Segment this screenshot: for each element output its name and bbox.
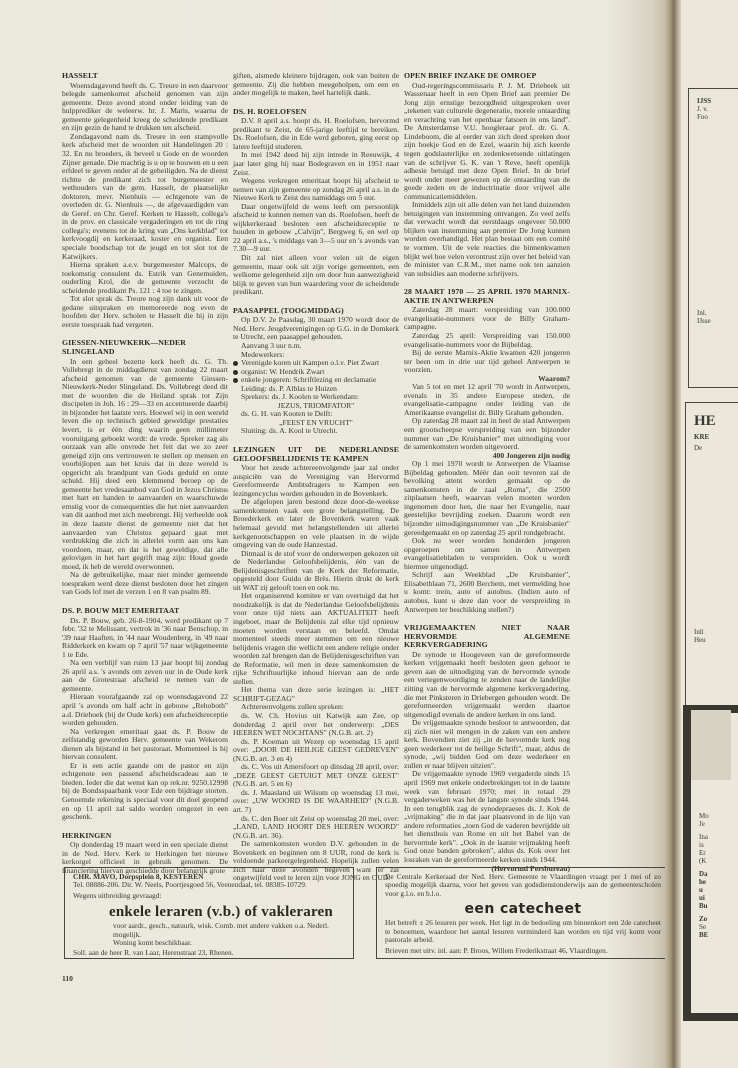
article-paragraph: Zondagavond nam ds. Treure in een stampv… (62, 133, 228, 261)
page-number: 110 (62, 974, 73, 983)
article-paragraph: Op 1 mei 1970 wordt te Antwerpen de Vlaa… (404, 460, 570, 537)
adjacent-ad-line: Er (699, 849, 709, 857)
article-paragraph: Op D.V. 2e Paasdag, 30 maart 1970 wordt … (233, 316, 399, 342)
article-paragraph: Van 5 tot en met 12 april '70 wordt in A… (404, 383, 570, 417)
article-paragraph: Zaterdag 28 maart: verspreiding van 100.… (404, 306, 570, 332)
article-heading: GIESSEN-NIEUWKERK—NEDER SLINGELAND (62, 339, 228, 356)
article-paragraph: Zaterdag 25 april: Verspreiding van 150.… (404, 332, 570, 349)
article-paragraph: Hierna spraken a.e.v. burgemeester Malco… (62, 261, 228, 295)
magazine-page: HASSELTWoensdagavond heeft ds. C. Treure… (0, 0, 672, 1068)
article-paragraph: ds. C. Vos uit Amersfoort op dinsdag 28 … (233, 763, 399, 789)
article-paragraph: Tot slot sprak ds. Treure nog zijn dank … (62, 295, 228, 329)
bullet-icon (233, 361, 238, 366)
adjacent-ad-line: Da (699, 870, 709, 878)
article-paragraph: Na verkregen emeritaat gaat ds. P. Bouw … (62, 728, 228, 762)
article-paragraph: Ook nu weer worden honderden jongeren op… (404, 537, 570, 571)
article-paragraph: In mei 1942 deed hij zijn intrede in Ree… (233, 151, 399, 177)
article-paragraph: ds. J. Maasland uit Wilsum op woensdag 1… (233, 789, 399, 815)
article-heading: VRIJGEMAAKTEN NIET NAAR HERVORMDE ALGEME… (404, 624, 570, 650)
article-paragraph: De vrijgemaakte synode 1969 vergaderde s… (404, 770, 570, 864)
article-heading: OPEN BRIEF INZAKE DE OMROEP (404, 72, 570, 81)
ad-body: voor aardr., gesch., natuurk, wisk. Comb… (73, 922, 345, 939)
article-paragraph: ds. W. Ch. Hovius uit Katwijk aan Zee, o… (233, 712, 399, 738)
job-ad-catecheet: De Centrale Kerkeraad der Ned. Herv. Gem… (376, 867, 670, 959)
article-paragraph: Voor het zesde achtereenvolgende jaar za… (233, 464, 399, 498)
ad-headline: een catecheet (385, 901, 661, 917)
article-heading: 28 MAART 1970 — 25 APRIL 1970 MARNIX-AKT… (404, 288, 570, 305)
adjacent-ad-line: J. v. (697, 105, 738, 113)
article-paragraph: Na de gebruikelijke, maar niet minder ge… (62, 571, 228, 597)
article-heading: LEZINGEN UIT DE NEDERLANDSE GELOOFSBELIJ… (233, 446, 399, 463)
adjacent-photo (691, 710, 731, 780)
adjacent-ad-line: (K (699, 857, 709, 865)
ad-contact: Tel. 08886-206. Dir. W. Neels, Poortjesg… (73, 881, 345, 889)
article-paragraph: Na een verblijf van ruim 13 jaar hoopt h… (62, 659, 228, 693)
article-paragraph: D.V. 8 april a.s. hoopt ds. H. Roelofsen… (233, 117, 399, 151)
adjacent-ad-text: MoJeInaisEr(KDaheuuiBuZoSeBE (699, 812, 709, 939)
article-paragraph: Daar ongetwijfeld de wens leeft om perso… (233, 203, 399, 254)
adjacent-ad-box-1: IJSSJ. v.Foo Inl.IJsse (688, 88, 738, 388)
article-paragraph: Het thema van deze serie lezingen is: „H… (233, 686, 399, 703)
adjacent-ad-footer: Inl.IJsse (697, 309, 711, 325)
article-paragraph: Dit zal niet alleen voor velen uit de ei… (233, 254, 399, 297)
article-paragraph: Het organiserend komitee er van overtuig… (233, 592, 399, 686)
article-paragraph: Oud-regeringscommissaris P. J. M. Driebe… (404, 82, 570, 202)
column-2: giften, alsmede kleinere bijdragen, ook … (233, 72, 399, 883)
ad-request: Wegens uitbreiding gevraagd: (73, 892, 345, 900)
book-gutter (665, 0, 681, 1068)
article-heading: HASSELT (62, 72, 228, 81)
ad-housing: Woning komt beschikbaar. (73, 939, 345, 947)
adjacent-ad-line: Heu (694, 636, 706, 644)
adjacent-ad-line: Inli (694, 628, 706, 636)
article-heading: PAASAPPEL (TOOGMIDDAG) (233, 307, 399, 316)
adjacent-ad-line: Se (699, 923, 709, 931)
article-paragraph: Bij de eerste Marnix-Aktie kwamen 420 jo… (404, 349, 570, 375)
article-paragraph: Schrijf aan Weekblad „De Kruisbanier", E… (404, 571, 570, 614)
ad-body: Het betreft ± 26 lesuren per week. Het l… (385, 919, 661, 944)
article-paragraph: Woensdagavond heeft ds. C. Treure in een… (62, 82, 228, 133)
column-3: OPEN BRIEF INZAKE DE OMROEPOud-regerings… (404, 72, 570, 873)
ad-intro: De Centrale Kerkeraad der Ned. Herv. Gem… (385, 873, 661, 898)
adjacent-ad-subtitle: KRE (694, 433, 738, 441)
article-paragraph: De synode te Hoogeveen van de gereformee… (404, 651, 570, 719)
adjacent-ad-line: De (694, 444, 738, 452)
article-paragraph: giften, alsmede kleinere bijdragen, ook … (233, 72, 399, 98)
list-item: enkele jongeren: Schriftlezing en declam… (233, 376, 399, 385)
article-paragraph: Ds. P. Bouw, geb. 26-8-1904, werd predik… (62, 617, 228, 660)
adjacent-ad-text: IJSSJ. v.Foo (697, 97, 738, 121)
article-paragraph: Wegens verkregen emeritaat hoopt hij afs… (233, 177, 399, 203)
adjacent-ad-line: Je (699, 820, 709, 828)
column-1: HASSELTWoensdagavond heeft ds. C. Treure… (62, 72, 228, 875)
article-heading: DS. H. ROELOFSEN (233, 108, 399, 117)
bullet-icon (233, 378, 238, 383)
article-paragraph: Sluiting: ds. A. Kool te Utrecht. (233, 427, 399, 436)
article-paragraph: Ditmaal is de stof voor de onderwerpen g… (233, 550, 399, 593)
ad-application: Brieven met uitv. inl. aan: P. Broos, Wi… (385, 947, 661, 955)
adjacent-ad-line: Inl. (697, 309, 711, 317)
adjacent-ad-line: Mo (699, 812, 709, 820)
adjacent-ad-line: u (699, 886, 709, 894)
adjacent-ad-line: Ina (699, 833, 709, 841)
adjacent-ad-line: ui (699, 894, 709, 902)
article-paragraph: De vrijgemaakte synode besloot te antwoo… (404, 719, 570, 770)
bullet-icon (233, 370, 238, 375)
adjacent-ad-footer: InliHeu (694, 628, 706, 644)
adjacent-ad-line: BE (699, 931, 709, 939)
article-heading: HERKINGEN (62, 832, 228, 841)
article-paragraph: De afgelopen jaren bestond deze door-de-… (233, 498, 399, 549)
ad-headline: enkele leraren (v.b.) of vakleraren (97, 904, 345, 921)
article-paragraph: Op zaterdag 28 maart zal in heel de stad… (404, 417, 570, 451)
adjacent-ad-line: IJsse (697, 317, 711, 325)
adjacent-ad-line: Foo (697, 113, 738, 121)
article-paragraph: ds. C. den Boer uit Zeist op woensdag 20… (233, 815, 399, 841)
article-paragraph: Inmiddels zijn uit alle delen van het la… (404, 201, 570, 278)
adjacent-ad-line: is (699, 841, 709, 849)
adjacent-ad-line: Zo (699, 915, 709, 923)
article-paragraph: In een geheel bezette kerk heeft ds. G. … (62, 358, 228, 572)
adjacent-ad-line: IJSS (697, 97, 738, 105)
adjacent-ad-line: Bu (699, 902, 709, 910)
adjacent-ad-box-2: HE KRE De InliHeu (685, 402, 738, 713)
article-paragraph: Er is een actie gaande om de pastor en z… (62, 762, 228, 822)
article-paragraph: Hieraan voorafgaande zal op woensdagavon… (62, 693, 228, 727)
job-ad-mavo-kesteren: CHR. MAVO, Dorpsplein 8, KESTEREN Tel. 0… (64, 867, 354, 959)
article-heading: DS. P. BOUW MET EMERITAAT (62, 607, 228, 616)
adjacent-page: IJSSJ. v.Foo Inl.IJsse HE KRE De InliHeu… (681, 0, 738, 1068)
adjacent-ad-title: HE (694, 413, 738, 430)
adjacent-ad-line: he (699, 878, 709, 886)
article-paragraph: ds. P. Koeman uit Wezep op woensdag 15 a… (233, 738, 399, 764)
ad-application: Soll. aan de heer R. van Laar, Herenstra… (73, 949, 345, 957)
